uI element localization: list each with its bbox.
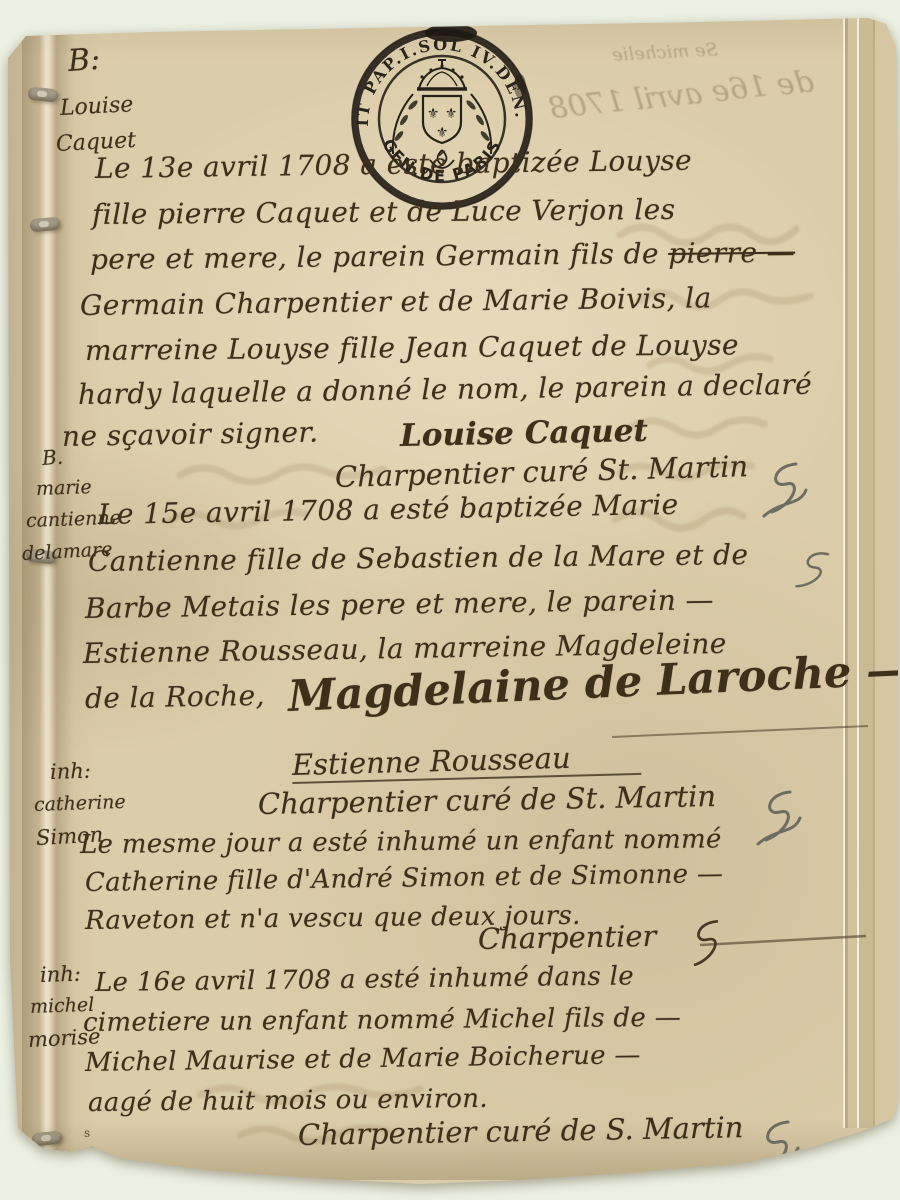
record-line: Cantienne fille de Sebastien de la Mare …	[88, 538, 749, 578]
laurel-branches	[393, 94, 491, 154]
margin-note-name: Louise	[59, 92, 134, 121]
record-line: Le mesme jour a esté inhumé un enfant no…	[80, 824, 722, 860]
manuscript-scan: Se michelie de 16e avril 1708 PETIT PAP.…	[0, 0, 900, 1200]
record-line: marreine Louyse fille Jean Caquet de Lou…	[85, 328, 739, 367]
record-line: Catherine fille d'André Simon et de Simo…	[85, 859, 724, 898]
paraph-flourish	[758, 458, 810, 520]
binding-stitch	[31, 1130, 62, 1146]
record-line: fille pierre Caquet et de Luce Verjon le…	[92, 193, 676, 231]
page-shadow-wrap: Se michelie de 16e avril 1708 PETIT PAP.…	[0, 0, 900, 1200]
svg-text:⚜: ⚜	[445, 106, 458, 122]
record-line: cimetiere un enfant nommé Michel fils de…	[83, 1003, 681, 1038]
tiny-margin-mark: s	[84, 1126, 90, 1140]
svg-text:⚜: ⚜	[427, 106, 440, 122]
margin-note-name: marie	[36, 476, 92, 500]
parchment-page: Se michelie de 16e avril 1708 PETIT PAP.…	[0, 0, 900, 1200]
signature-godmother: Louise Caquet	[400, 413, 648, 454]
record-line: de la Roche,	[85, 679, 265, 715]
page-edge-stack	[843, 16, 900, 1128]
signature-cure: Charpentier curé de St. Martin	[258, 779, 717, 821]
signature-godfather: Estienne Rousseau	[292, 739, 642, 784]
margin-note-initial: B:	[67, 42, 102, 79]
record-line-text: pere et mere, le parein Germain fils de	[90, 237, 659, 276]
signature-cure: Charpentier curé de S. Martin	[298, 1110, 744, 1152]
svg-text:⚜: ⚜	[436, 125, 449, 141]
paraph-flourish	[752, 786, 804, 848]
margin-note-abbrev: inh:	[40, 962, 82, 987]
record-line: Germain Charpentier et de Marie Boivis, …	[80, 281, 712, 322]
signature-cure: Charpentier	[478, 919, 657, 956]
record-line: Le 15e avril 1708 a esté baptizée Marie	[98, 488, 679, 531]
paraph-flourish	[783, 539, 841, 602]
paraph-flourish	[750, 1116, 802, 1178]
fleur-de-lis-icons: ⚜ ⚜ ⚜	[427, 106, 458, 141]
record-line: pere et mere, le parein Germain fils de …	[90, 236, 795, 276]
paper-tax-stamp: PETIT PAP.I.SOL IV.DEN.LA F ★GEN.DE PARI…	[347, 24, 537, 214]
ghost-bleed-text: de 16e avril 1708	[547, 64, 815, 127]
record-line: Le 16e avril 1708 a esté inhumé dans le	[95, 961, 634, 998]
paraph-flourish	[682, 916, 730, 972]
margin-note-name: catherine	[34, 791, 126, 816]
struck-word: pierre —	[668, 236, 795, 270]
record-line: ne sçavoir signer.	[62, 416, 319, 453]
crown-icon	[417, 60, 467, 89]
margin-note-abbrev: inh:	[50, 759, 92, 784]
record-line: aagé de huit mois ou environ.	[88, 1084, 488, 1118]
signature-cure: Charpentier curé St. Martin	[335, 449, 749, 494]
record-line: Le 13e avril 1708 a esté baptizée Louyse	[95, 144, 692, 185]
record-line: hardy laquelle a donné le nom, le parein…	[78, 368, 813, 411]
ghost-bleed-text: Se michelie	[612, 39, 719, 66]
record-line: Michel Maurise et de Marie Boicherue —	[85, 1040, 641, 1078]
record-line: Barbe Metais les pere et mere, le parein…	[85, 583, 714, 625]
margin-note-initial: B.	[41, 445, 64, 470]
